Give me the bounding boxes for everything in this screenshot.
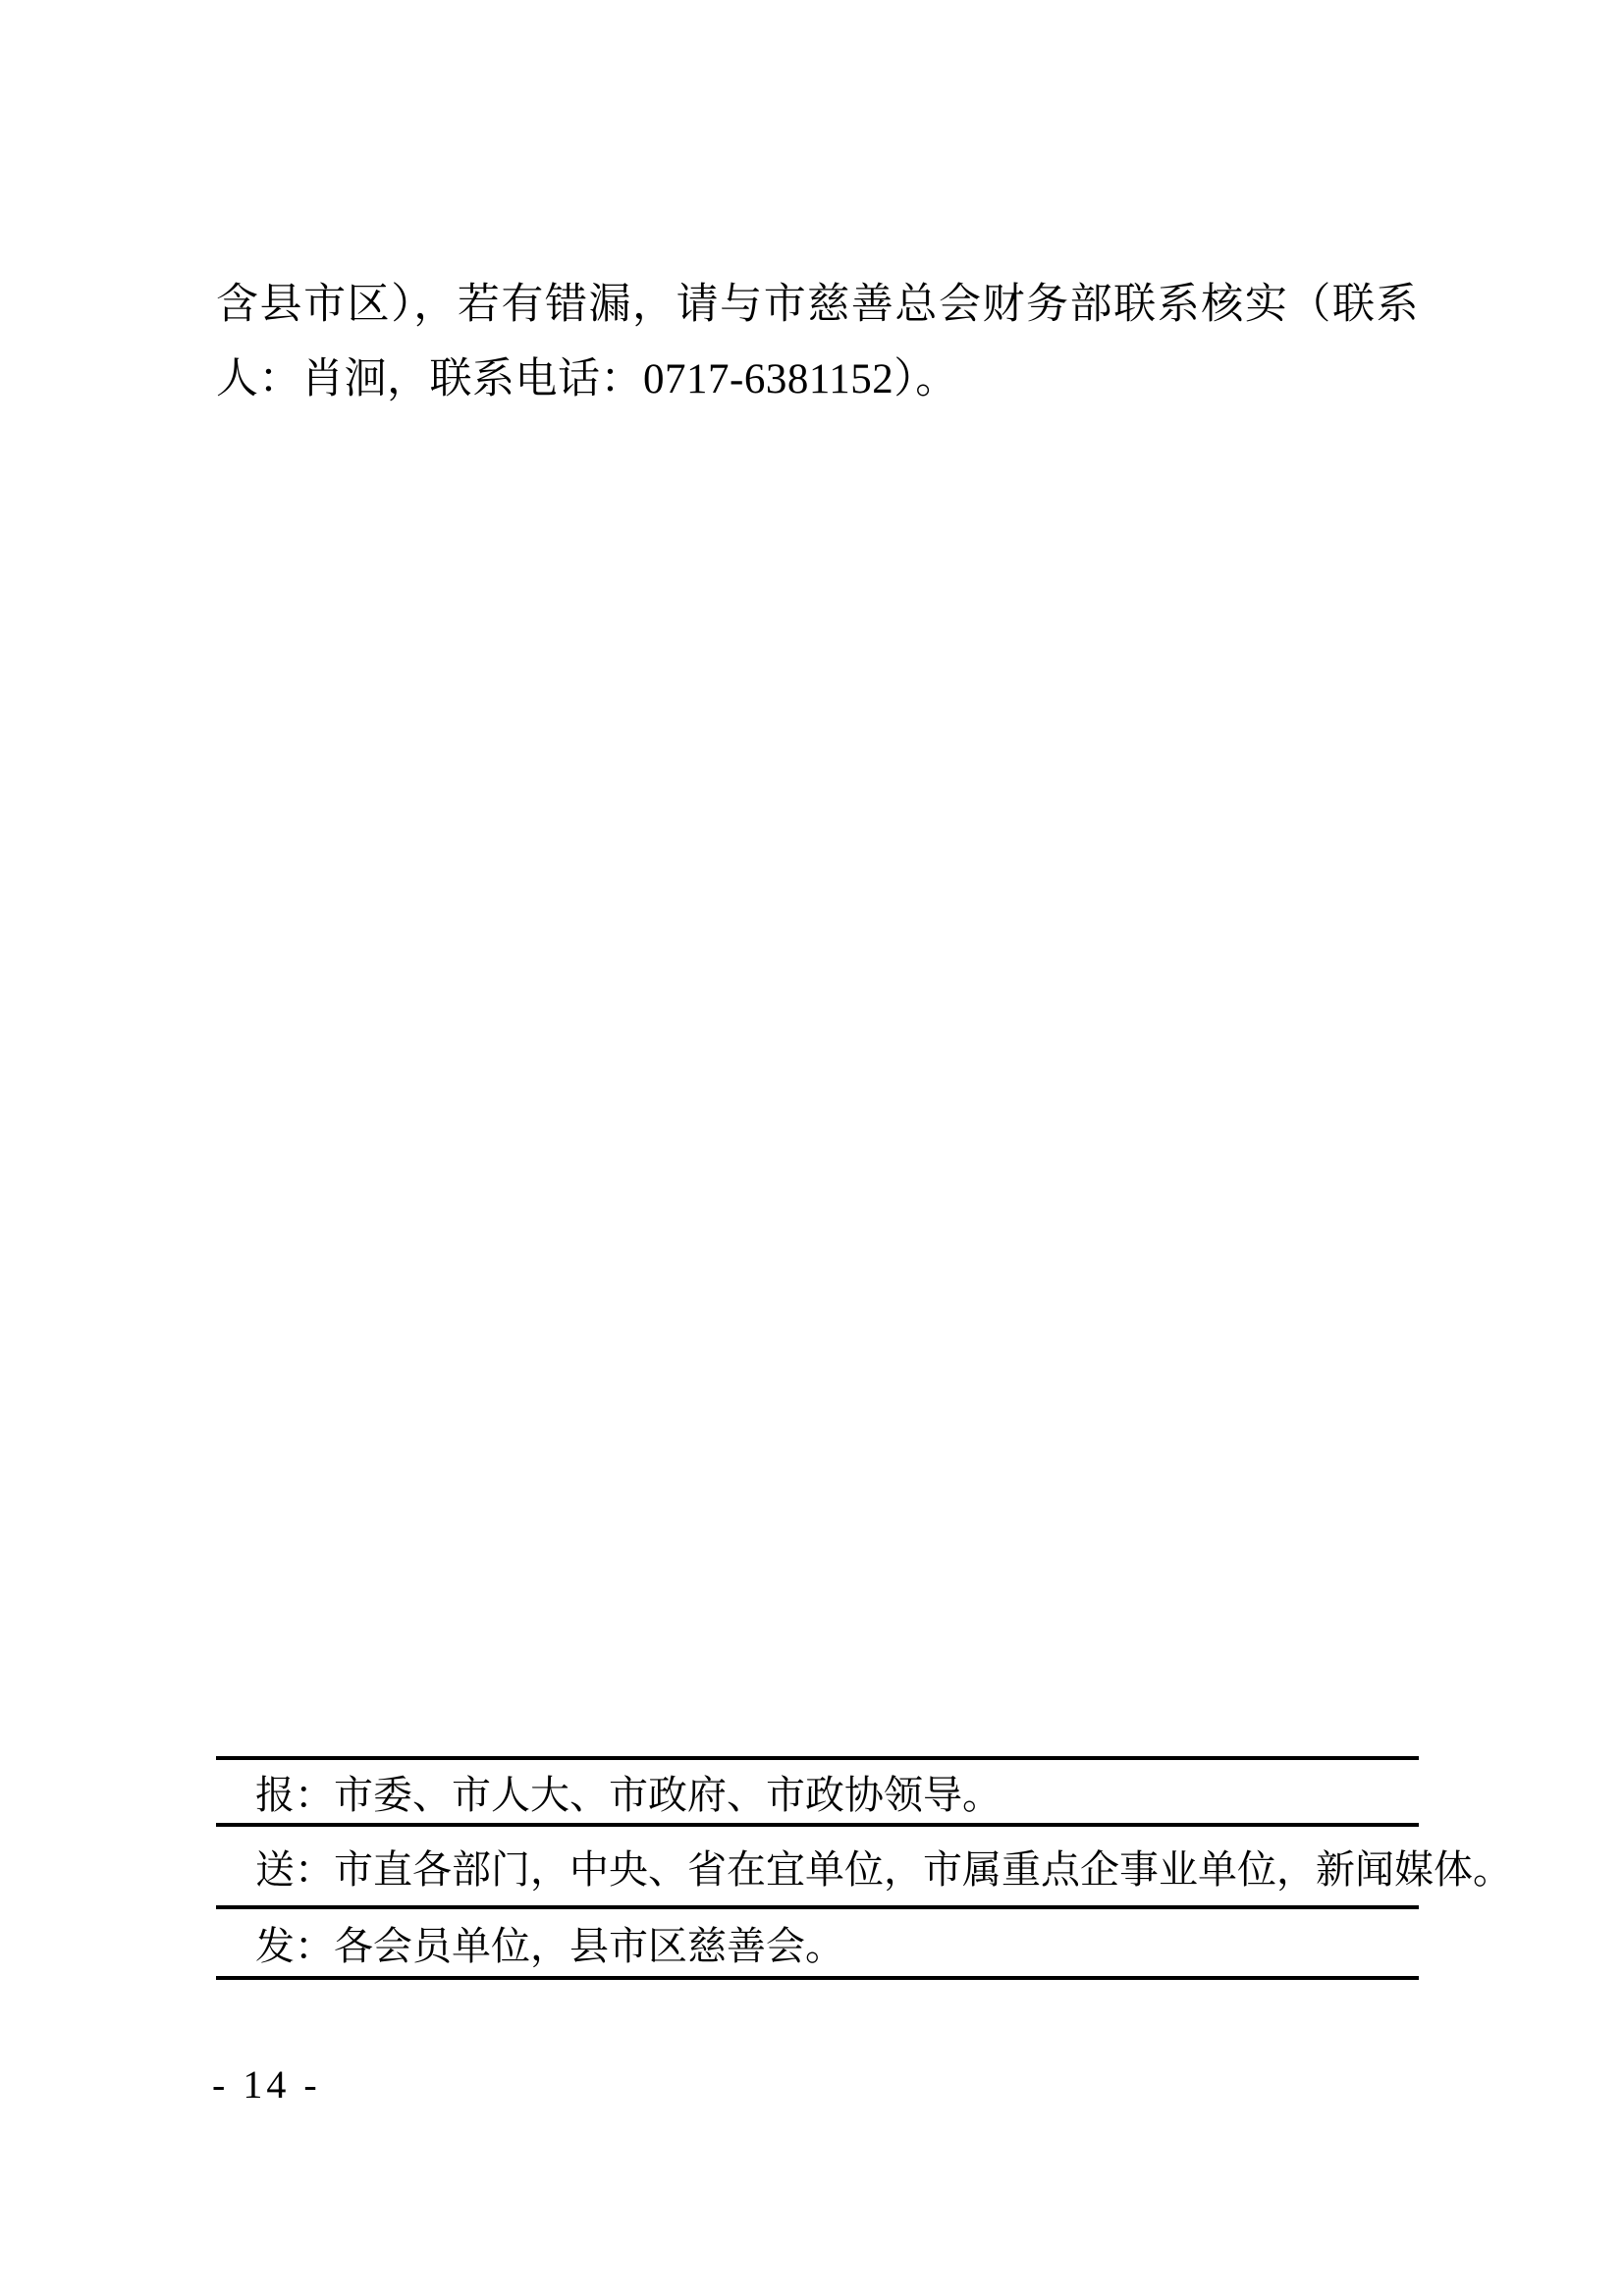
distribution-row-label: 发： — [255, 1915, 334, 1971]
distribution-row-fa: 发： 各会员单位，县市区慈善会。 — [216, 1909, 1419, 1976]
distribution-table: 报： 市委、市人大、市政府、市政协领导。 送： 市直各部门，中央、省在宜单位，市… — [216, 1756, 1419, 1980]
paragraph-line-2: 人：肖洄，联系电话：0717-6381152）。 — [216, 343, 1419, 417]
distribution-row-label: 报： — [255, 1764, 334, 1820]
distribution-row-content: 各会员单位，县市区慈善会。 — [334, 1915, 844, 1971]
distribution-row-content: 市直各部门，中央、省在宜单位，市属重点企事业单位，新闻媒体。 — [334, 1839, 1512, 1895]
document-page: 含县市区），若有错漏，请与市慈善总会财务部联系核实（联系 人：肖洄，联系电话：0… — [0, 0, 1624, 2296]
body-paragraph: 含县市区），若有错漏，请与市慈善总会财务部联系核实（联系 人：肖洄，联系电话：0… — [216, 268, 1419, 417]
distribution-row-song: 送： 市直各部门，中央、省在宜单位，市属重点企事业单位，新闻媒体。 — [216, 1827, 1419, 1909]
distribution-row-bao: 报： 市委、市人大、市政府、市政协领导。 — [216, 1760, 1419, 1827]
distribution-row-content: 市委、市人大、市政府、市政协领导。 — [334, 1764, 1001, 1820]
page-number: - 14 - — [212, 2064, 321, 2106]
paragraph-line-1: 含县市区），若有错漏，请与市慈善总会财务部联系核实（联系 — [216, 268, 1419, 343]
distribution-row-label: 送： — [255, 1839, 334, 1895]
